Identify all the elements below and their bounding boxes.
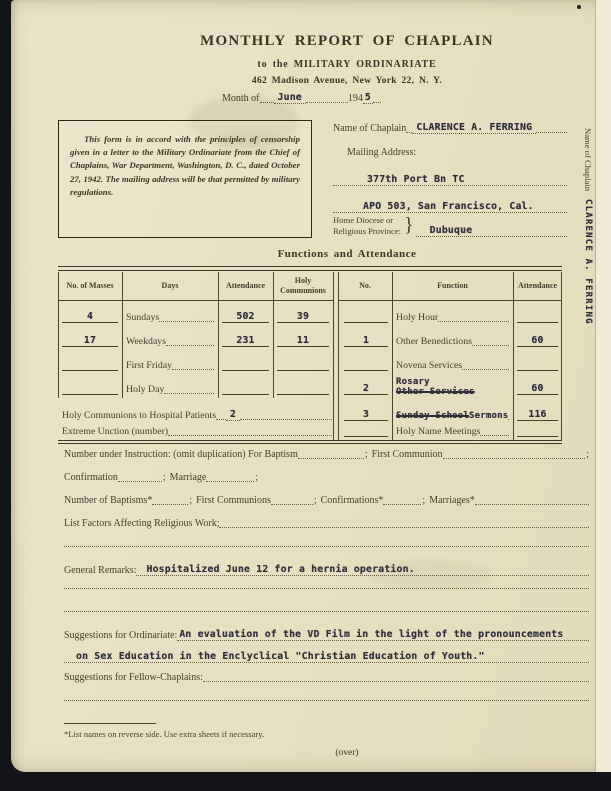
masses-value: 4 [87, 311, 93, 322]
mailing-address-value-2: APO 503, San Francisco, Cal. [363, 201, 534, 212]
year-value: 5 [365, 92, 371, 103]
table-title: Functions and Attendance [11, 248, 611, 260]
diocese-label-line1: Home Diocese or [333, 215, 401, 226]
dotted-leader [172, 367, 214, 370]
diocese-line: Home Diocese or Religious Province: } Du… [333, 214, 567, 237]
footnote-divider [64, 723, 156, 724]
dotted-leader [203, 679, 589, 682]
day-label: Sundays [126, 312, 159, 323]
dotted-leader [206, 479, 254, 482]
function-struck-label: Other Services [396, 388, 509, 397]
brace-glyph: } [401, 214, 416, 237]
semicolon: ; [254, 472, 258, 483]
scanned-form-page: MONTHLY REPORT OF CHAPLAIN to the MILITA… [11, 0, 611, 772]
dotted-leader [475, 502, 589, 505]
marriages-label: Marriages* [425, 495, 475, 506]
table-header-row: No. of Masses Days Attendance Holy Commu… [58, 272, 562, 300]
dotted-leader [168, 433, 332, 436]
margin-name-label: Name of Chaplain [583, 128, 593, 191]
function-struck-label: Sunday School [396, 411, 469, 421]
dotted-leader [536, 130, 567, 133]
ordinariate-value-1: An evaluation of the VD Film in the ligh… [179, 629, 563, 640]
ordinariate-value-2: on Sex Education in the Enclyclical "Chr… [76, 651, 485, 662]
function-label: Other Benedictions [396, 336, 472, 347]
dotted-leader [152, 502, 188, 505]
first-communion-label: First Communion [368, 449, 443, 460]
table-row: 17 Weekdays 231 11 1 Other Benedictions … [58, 326, 562, 350]
hospital-communions-label: Holy Communions to Hospital Patients [62, 410, 216, 421]
general-remarks-label: General Remarks: [64, 565, 136, 576]
fellow-chaplains-line: Suggestions for Fellow-Chaplains: [64, 672, 589, 683]
mailing-address-value-1: 377th Port Bn TC [367, 174, 465, 185]
table-row: Holy Day 2 Rosary Other Services 60 [58, 374, 562, 398]
table-row-unction: Extreme Unction (number) Holy Name Meeti… [58, 424, 562, 440]
functions-attendance-table: No. of Masses Days Attendance Holy Commu… [58, 272, 562, 440]
table-row-hospital: Holy Communions to Hospital Patients 2 3… [58, 400, 562, 424]
dotted-leader [240, 417, 332, 420]
dotted-leader [472, 343, 509, 346]
margin-name-value: CLARENCE A. FERRING [583, 199, 593, 325]
col-header-masses: No. of Masses [58, 272, 122, 300]
ordinariate-line-1: Suggestions for Ordinariate: An evaluati… [64, 625, 589, 641]
attendance-value: 231 [236, 335, 254, 346]
dotted-leader [166, 343, 214, 346]
no-value: 2 [363, 383, 369, 394]
instruction-line-1: Number under Instruction: (omit duplicat… [64, 449, 589, 460]
attendance-right-value: 60 [531, 335, 543, 346]
dotted-leader [260, 100, 274, 103]
instruction-line-2: Confirmation ; Marriage ; [64, 472, 589, 483]
year-prefix: 194 [348, 93, 363, 104]
baptisms-label: Number of Baptisms* [64, 495, 152, 506]
month-line: Month of June 194 5 [222, 92, 402, 104]
ruled-dotted-line [64, 588, 589, 589]
attendance-right-value: 60 [531, 383, 543, 394]
ordinariate-label: Suggestions for Ordinariate: [64, 630, 177, 641]
dotted-leader [438, 319, 509, 322]
table-row: First Friday Novena Services [58, 350, 562, 374]
no-value: 1 [363, 335, 369, 346]
over-label: (over) [11, 748, 611, 758]
col-header-communions: Holy Communions [273, 272, 333, 300]
mailing-address-line-1: 377th Port Bn TC [333, 168, 567, 186]
col-header-function: Function [392, 272, 513, 300]
censorship-notice-box: This form is in accord with the principl… [58, 120, 312, 238]
fellow-chaplains-label: Suggestions for Fellow-Chaplains: [64, 672, 203, 683]
dotted-leader [164, 391, 214, 394]
col-header-no: No. [338, 272, 392, 300]
extreme-unction-label: Extreme Unction (number) [62, 426, 168, 437]
dotted-leader [383, 502, 421, 505]
confirmation-label: Confirmation [64, 472, 118, 483]
confirmations-label: Confirmations* [317, 495, 384, 506]
chaplain-name-line: Name of Chaplain CLARENCE A. FERRING [333, 122, 567, 134]
no-value: 3 [363, 409, 369, 420]
dotted-leader [219, 525, 589, 528]
diocese-value: Dubuque [430, 225, 473, 236]
dotted-leader [216, 417, 226, 420]
ruled-dotted-line [64, 611, 589, 612]
form-address: 462 Madison Avenue, New York 22, N. Y. [11, 76, 611, 86]
mailing-address-label: Mailing Address: [347, 147, 416, 158]
dotted-leader [508, 417, 509, 420]
factors-label: List Factors Affecting Religious Work; [64, 518, 219, 529]
ruled-dotted-line [64, 546, 589, 547]
communions-value: 11 [297, 335, 309, 346]
function-label: Novena Services [396, 360, 462, 371]
dotted-leader [462, 367, 509, 370]
first-communions-label: First Communions [192, 495, 271, 506]
dotted-leader [373, 100, 381, 103]
chaplain-name-value: CLARENCE A. FERRING [416, 122, 532, 133]
communions-value: 39 [297, 311, 309, 322]
day-label: Weekdays [126, 336, 166, 347]
attendance-right-value: 116 [528, 409, 546, 420]
day-label: First Friday [126, 360, 172, 371]
scan-speck [577, 5, 581, 9]
dotted-leader [306, 100, 348, 103]
marriage-label: Marriage [166, 472, 207, 483]
footnote-text: *List names on reverse side. Use extra s… [64, 729, 264, 739]
form-title: MONTHLY REPORT OF CHAPLAIN [11, 33, 611, 50]
function-typed-value: Sermons [469, 411, 508, 421]
table-row: 4 Sundays 502 39 Holy Hour [58, 302, 562, 326]
dotted-leader [298, 456, 364, 459]
dotted-leader [443, 456, 586, 459]
margin-name-strip: Name of Chaplain CLARENCE A. FERRING [577, 128, 599, 418]
month-value: June [278, 92, 302, 103]
dotted-leader [159, 319, 214, 322]
semicolon: ; [585, 449, 589, 460]
month-label: Month of [222, 93, 260, 104]
dotted-leader [271, 502, 313, 505]
col-header-days: Days [122, 272, 218, 300]
censorship-notice-text: This form is in accord with the principl… [70, 133, 300, 199]
mailing-address-line-2: APO 503, San Francisco, Cal. [333, 195, 567, 213]
instruction-intro-label: Number under Instruction: (omit duplicat… [64, 449, 298, 460]
factors-line: List Factors Affecting Religious Work; [64, 518, 589, 529]
ordinariate-line-2: on Sex Education in the Enclyclical "Chr… [64, 647, 589, 663]
day-label: Holy Day [126, 384, 164, 395]
function-overtyped-cell: Rosary Other Services [396, 378, 509, 397]
dotted-leader [118, 479, 162, 482]
dotted-leader [480, 433, 509, 436]
function-label: Holy Hour [396, 312, 438, 323]
ruled-dotted-line [64, 700, 589, 701]
function-label: Holy Name Meetings [396, 426, 480, 437]
diocese-label-line2: Religious Province: [333, 226, 401, 237]
form-subtitle: to the MILITARY ORDINARIATE [11, 59, 611, 70]
masses-value: 17 [84, 335, 96, 346]
instruction-line-3: Number of Baptisms* ; First Communions ;… [64, 495, 589, 506]
general-remarks-line: General Remarks: Hospitalized June 12 fo… [64, 560, 589, 576]
general-remarks-value: Hospitalized June 12 for a hernia operat… [146, 564, 414, 575]
col-header-attendance: Attendance [218, 272, 273, 300]
hospital-communions-value: 2 [230, 409, 236, 420]
attendance-value: 502 [236, 311, 254, 322]
chaplain-name-label: Name of Chaplain [333, 123, 406, 134]
col-header-attendance-right: Attendance [513, 272, 562, 300]
